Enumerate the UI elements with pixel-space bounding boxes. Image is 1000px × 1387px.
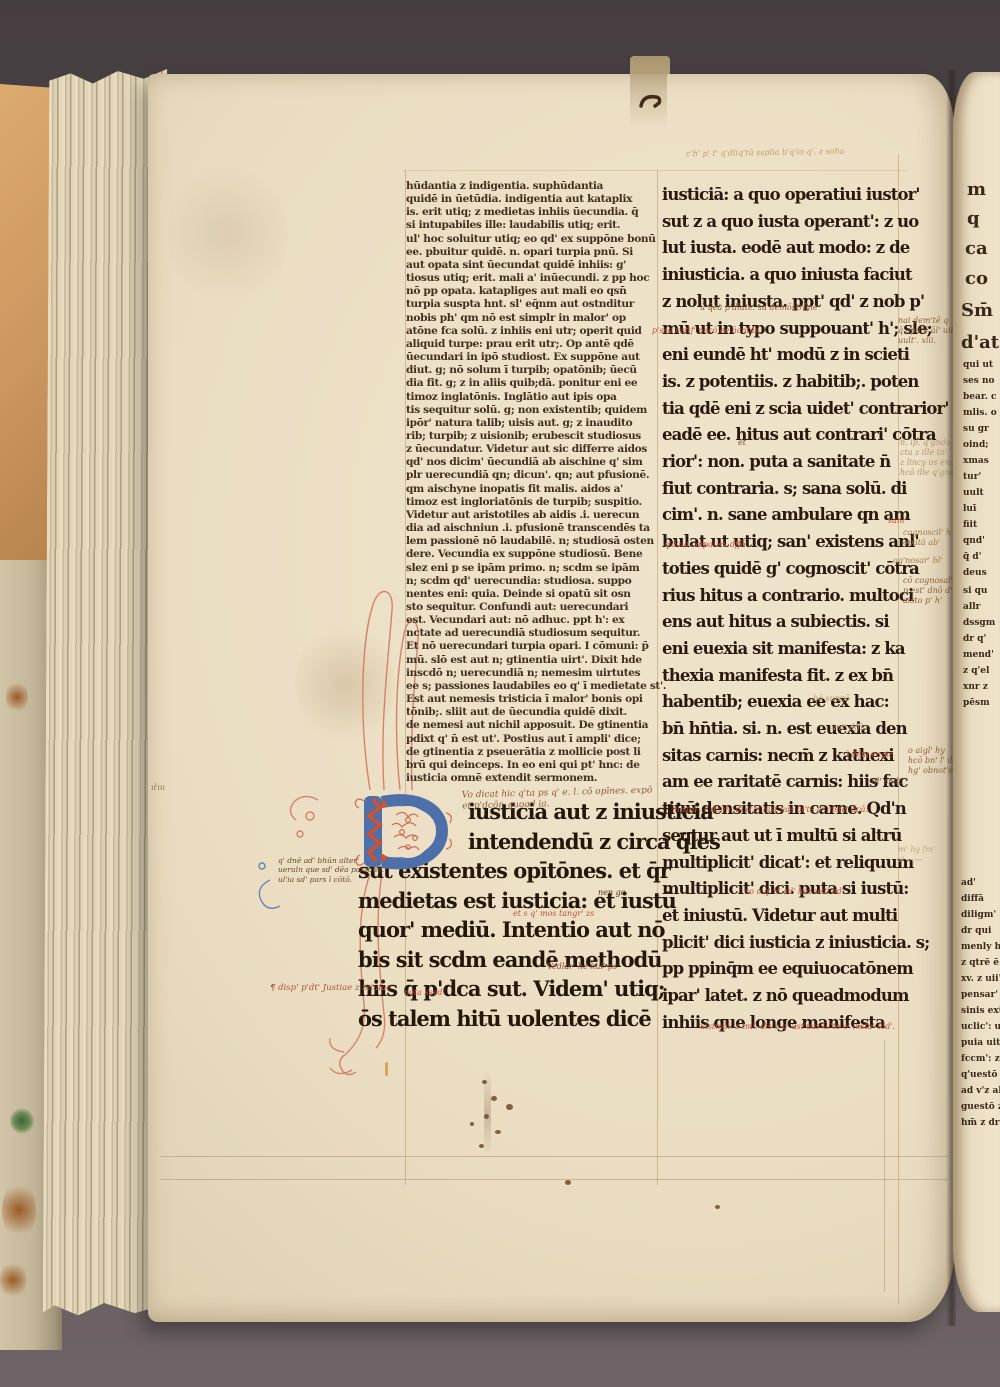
text-line: thexia manifesta fit. z ex bn̄ [662,663,908,690]
marginal-note: d'at [961,332,999,355]
text-line: lut iusta. eodē aut modo: z de [662,235,908,262]
marginal-note: hm̄ z dr' [961,1118,1000,1129]
stray-speck [565,1180,571,1185]
text-line: toties quidē g' cognoscit' cōtra [662,556,908,583]
text-line: slez eni p se ipām primo. n; scdm se ipā… [406,562,658,575]
marginal-note: guestō z fa [961,1102,1000,1113]
text-line: bn̄ hn̄tia. si. n. est euexia den [662,716,908,743]
text-line: n; scdm qd' uerecundia: studiosa. suppo [406,575,658,588]
text-line: cim'. n. sane ambulare qn am [662,502,908,529]
facing-page-edge[interactable]: mqcacoSm̄d'atqui utses nobear. cmlis. os… [953,72,1000,1312]
text-line: ūecundari in ipō studiost. Ex suppōne au… [406,351,658,364]
text-line: rib; turpib; z uisionib; erubescit studi… [406,430,658,443]
text-line: quidē in ūetūdia. indigentia aut katapli… [406,193,658,206]
marginal-note: tur' [963,472,981,483]
ruling-line [160,1179,948,1180]
marginal-note: deus [963,568,987,579]
text-line: ee. pbuitur quidē. n. opari turpia pnū. … [406,246,658,259]
marginal-note: et [738,438,746,448]
marginal-note: ū q̄ea p'dlate. su demōstrōne [700,303,818,313]
text-line: Et nō uerecundari turpia opari. I cōmuni… [406,640,658,653]
text-line: dia fit. g; z in aliis quib;dā. ponitur … [406,377,658,390]
marginal-note: q [967,208,980,231]
text-line: dere. Vecundia ex suppōne studiosū. Bene [406,548,658,561]
text-line: aut opata sint ūecundat quidē inhiis: g' [406,259,658,272]
marginal-note: menly h' [961,942,1000,953]
marginal-note: ad' [961,878,976,889]
marginal-note: mlis. o [963,408,997,419]
marginal-note: fiit [963,520,977,531]
text-line: tōnib;. sliit aut de ūecundia quidē dixi… [406,706,658,719]
marginal-note: ī dēm eugie [846,750,893,760]
text-line: plicit' dici iusticia z iniusticia. s; [662,930,908,957]
marginal-note: ad v'z alia [961,1086,1000,1097]
text-line: si intupabiles ille: laudabilis utiq; er… [406,219,658,232]
marginal-note: m' hy fm's' —— [898,845,935,865]
tab-shadow [630,74,667,128]
marginal-note: dr qui [961,926,991,937]
repair-dot [495,1130,501,1134]
marginal-note: si qu [963,586,987,597]
marginal-note: fccm': z fhī [961,1054,1000,1065]
marginal-note: al' sndt' [872,777,904,787]
text-line: brū qui deinceps. In eo eni qui pt' hnc:… [406,759,658,772]
repair-dot [470,1122,474,1126]
marginal-note: qnd' [963,536,985,547]
marginal-note: xv. z uii' [961,974,1000,985]
marginal-note: ses no [963,376,995,387]
text-line: atōne fca solū. z inhiis eni utr; operit… [406,325,658,338]
marginal-note: dr q' [963,634,986,645]
marginal-note: q'uestō z uist [961,1070,1000,1081]
marginal-note: cognoscil' hopatā ab' [903,528,951,548]
marginal-note: z q'el [963,666,989,677]
marginal-note: allr [963,602,980,613]
text-line: rior': non. puta a sanitate n̄ [662,449,908,476]
marginal-note: ca [965,238,988,261]
repair-dot [482,1080,487,1084]
text-line: iusticiā: a quo operatiui iustor' [662,182,908,209]
text-line: pdixt q' n̄ est ut'. Postius aut ī ampli… [406,733,658,746]
text-line: habentib; euexia ee ex hac: [662,689,908,716]
text-line: lem passionē nō laudabilē. n; studiosā o… [406,535,658,548]
marginal-note: uult [963,488,984,499]
text-line: Est aut nemesis tristicia ī malor' bonis… [406,693,658,706]
marginal-note: qui ut [963,360,993,371]
text-line: is. z potentiis. z habitib;. poten [662,369,908,396]
repair-dot [479,1144,484,1148]
text-line: z ūecundatur. Videtur aut sic differre a… [406,443,658,456]
green-stain [10,1108,34,1134]
yellow-fleck [385,1062,388,1076]
marginal-note: og'nosar' hl' [893,556,942,566]
parchment-stain [168,154,288,314]
text-line: eni eundē ht' modū z in scieti [662,342,908,369]
text-line: qd' nos dicim' ūecundiā ab aischine q' s… [406,456,658,469]
text-line: ens aut hitus a subiectis. si [662,609,908,636]
marginal-note: sinis extō [961,1006,1000,1017]
text-line: Videtur aut aristotiles ab aidis .i. uer… [406,509,658,522]
marginal-note: et s q' mos tangr' zs [513,909,594,919]
text-line: rius hitus a contrario. multoci [662,583,908,610]
marginal-note: q'd'ua coipaī ex dffō [664,540,745,550]
text-line: nentes eni: quia. Deinde si opatū sit os… [406,588,658,601]
text-line: mū. slō est aut n; gtinentia uirt'. Dixi… [406,654,658,667]
ruling-line [884,1040,885,1292]
marginal-note: ıŀııı [151,783,165,793]
text-line: tia qdē eni z scia uidet' contrarior' [662,396,908,423]
text-line: ipōr' natura talib; uisis aut. g; z inau… [406,417,658,430]
text-line: timoz inglatōnis. Inglātio aut ipis opa [406,391,658,404]
text-line: de nemesi aut nichil apposuit. De gtinen… [406,719,658,732]
text-line: nctate ad uerecundiā studiosum sequitur. [406,627,658,640]
repair-dot [506,1104,513,1110]
text-line: tiosus utiq; erit. mali a' inūecundi. z … [406,272,658,285]
text-line: qm aischyne inopatis fit malis. aidos a' [406,483,658,496]
rust-stain [0,1260,26,1300]
text-line: pp ppinq̄m ee equiuocatōnem [662,956,908,983]
text-line: aliquid turpe: prau erit utr;. Op antē q… [406,338,658,351]
text-line: est. Vecundari aut: nō adhuc. ppt h': ex [406,614,658,627]
text-line: iniusticia. a quo iniusta faciut [662,262,908,289]
text-line: fiut contraria. s; sana solū. di [662,476,908,503]
marginal-note: Vedlar' he hui' ps [547,962,617,972]
marginal-note: q̄ d' [963,552,981,563]
text-line: timoz est ingloriatōnis de turpib; suspi… [406,496,658,509]
text-line: sto sequitur. Confundi aut: uerecundari [406,601,658,614]
marginal-note: pēsm [963,698,990,709]
text-line: seqtur aut ut ī multū si altrū [662,823,908,850]
marginal-note: xmas [963,456,989,467]
text-line: ul' hoc soluitur utiq; eo qd' ex suppōne… [406,233,658,246]
text-line: hūdantia z indigentia. suphūdantia [406,180,658,193]
marginal-note: Sm̄ [961,300,993,323]
text-line: eadē ee. hitus aut contrari' cōtra [662,422,908,449]
stray-speck [715,1205,720,1209]
marginal-note: ¶ disp' p'dt' Justiae z iniūiae [270,983,391,994]
repair-dot [491,1096,497,1101]
marginal-note: m [967,179,986,202]
text-line: de gtinentia z pseuerātia z mollicie pos… [406,746,658,759]
marginal-note: z qtrē ē [961,958,999,969]
marginal-note: sanl' [888,516,907,526]
text-line: ipar' latet. z nō queadmodum [662,983,908,1010]
marginal-note: luī [963,504,976,515]
marginal-note: p'ssa notif' necō ee ācntas [652,326,759,336]
text-line: nō pp opata. katapliges aut mali eo qsn̄ [406,285,658,298]
text-line: hiis q̄ p'dca sut. Videm' utiq; [358,974,658,1004]
marginal-note: puia uitd' [961,1038,1000,1049]
marginal-note: bō suppō [813,694,850,704]
marginal-note: diligm' [961,910,996,921]
marginal-note: oind; [963,440,989,451]
rust-stain [2,1180,36,1240]
text-line: ee s; passiones laudabiles eo q' ī medie… [406,680,658,693]
incipit-block: iusticia aut z iniusticiaintendendū z ci… [358,797,658,1033]
marginal-note: pensar' oē [961,990,1000,1001]
marginal-note: uclic': uis [961,1022,1000,1033]
marginal-note: q' dnē ad' bhūn alter'ueruln que sd' dēa… [278,856,384,884]
text-line: tis sequitur solū. g; non existentib; qu… [406,404,658,417]
repair-dot [484,1114,489,1119]
left-text-column: hūdantia z indigentia. suphūdantiaquidē … [406,180,658,785]
text-line: quor' mediū. Intentio aut nō [358,915,658,945]
marginal-note: mend' [963,650,994,661]
text-line: multiplicit' dicat': et reliquum [662,850,908,877]
parchment-stain [295,620,395,750]
ruling-line [160,1156,948,1157]
illuminated-initial-d[interactable] [358,797,462,854]
marginal-note: so o'q' h' ad' hoz ust' ad' [745,887,844,897]
text-line: is. erit utiq; z medietas inhiis ūecundi… [406,206,658,219]
text-line: diut. g; nō solum ī turpib; opatōnib; ūe… [406,364,658,377]
marginal-note: uistmāī. z tmī. dis o'q' ust'uas ūl'te o… [700,1022,895,1032]
marginal-note: diffā [961,894,984,905]
marginal-note: nota ssed [404,988,443,998]
text-line: nobis ph' qm nō est simplr in malor' op [406,312,658,325]
text-line: plr uerecundiā qn; dicun'. qn; aut pfusi… [406,469,658,482]
text-line: inscdō n; uerecundiā n; nemesim uirtutes [406,667,658,680]
ruling-line [403,170,908,171]
text-line: dia ad aischniun .i. pfusionē transcendē… [406,522,658,535]
marginal-note: ni sup'. z dcūn. dī o'q' nist'uas ul'te … [672,805,868,815]
text-line: ōs talem hitū uolentes dicē [358,1004,658,1034]
text-line: sut z a quo iusta operant': z uo [662,209,908,236]
text-line: iusticia omnē extendit sermonem. [406,772,658,785]
marginal-note: unt' dffīo [831,723,867,733]
marginal-note: bear. c [963,392,997,403]
marginal-note: su gr [963,424,989,435]
manuscript-photo: hūdantia z indigentia. suphūdantiaquidē … [0,0,1000,1387]
marginal-note: dssgm [963,618,995,629]
rust-stain [6,680,28,714]
text-line: eni euexia sit manifesta: z ka [662,636,908,663]
marginal-note: co [965,268,988,291]
marginal-note: xnr z [963,682,988,693]
marginal-note: nen ge [598,888,625,898]
text-line: turpia suspta hnt. sl' eq̄nm aut ostndit… [406,298,658,311]
text-line: et iniustū. Videtur aut multi [662,903,908,930]
